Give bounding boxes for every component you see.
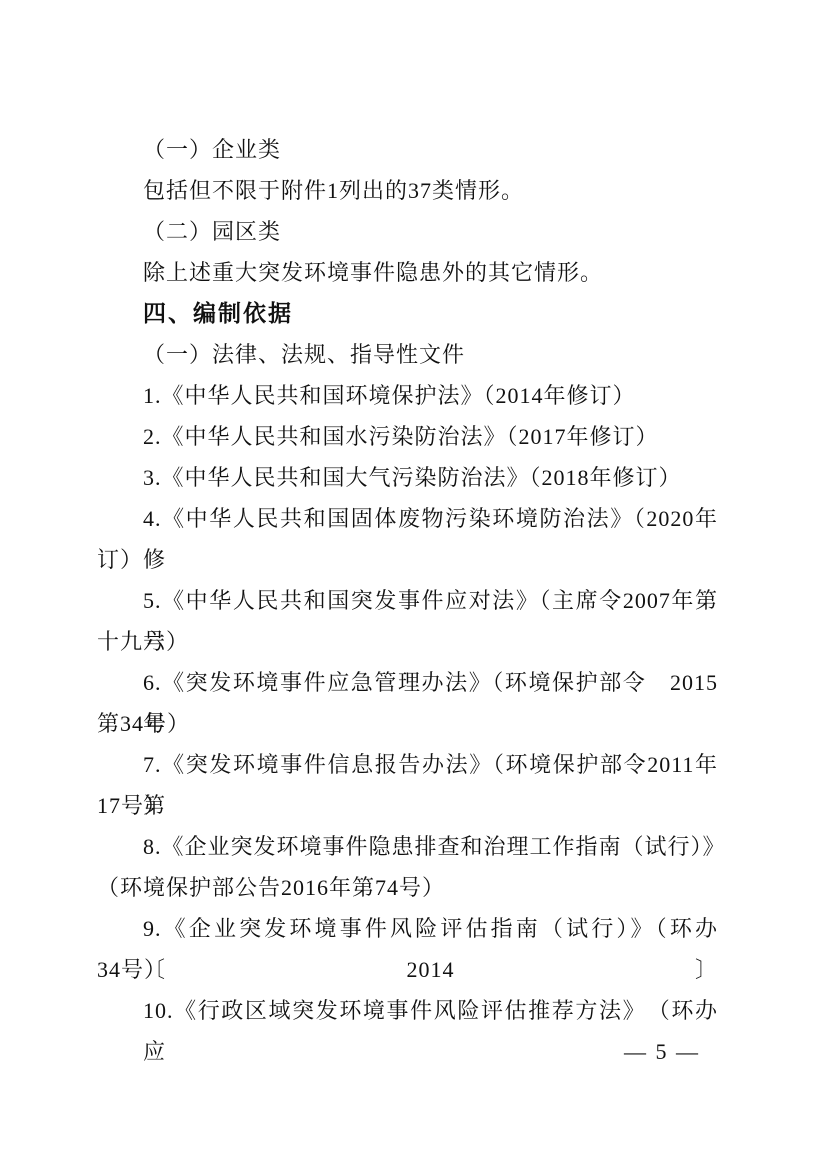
list-item-8-line-1: 8.《企业突发环境事件隐患排查和治理工作指南（试行）》	[97, 826, 718, 867]
list-item-9-line-1: 9.《企业突发环境事件风险评估指南（试行）》（环办〔2014〕	[97, 908, 718, 949]
list-item-3: 3.《中华人民共和国大气污染防治法》（2018年修订）	[97, 457, 718, 498]
paragraph-park-scope: 除上述重大突发环境事件隐患外的其它情形。	[97, 252, 718, 293]
list-item-5-line-1: 5.《中华人民共和国突发事件应对法》（主席令2007年第六	[97, 580, 718, 621]
list-item-10-line-1: 10.《行政区域突发环境事件风险评估推荐方法》 （环办应	[97, 990, 718, 1031]
list-item-5-line-2: 十九号）	[97, 621, 718, 662]
list-item-2: 2.《中华人民共和国水污染防治法》（2017年修订）	[97, 416, 718, 457]
subheading-park-category: （二）园区类	[97, 211, 718, 252]
list-item-6-line-1: 6.《突发环境事件应急管理办法》（环境保护部令 2015年	[97, 662, 718, 703]
list-item-7-line-1: 7.《突发环境事件信息报告办法》（环境保护部令2011年第	[97, 744, 718, 785]
list-item-6-line-2: 第34号）	[97, 703, 718, 744]
subheading-enterprise-category: （一）企业类	[97, 129, 718, 170]
list-item-1: 1.《中华人民共和国环境保护法》（2014年修订）	[97, 375, 718, 416]
document-page: （一）企业类 包括但不限于附件1列出的37类情形。 （二）园区类 除上述重大突发…	[0, 0, 826, 1169]
list-item-8-line-2: （环境保护部公告2016年第74号）	[97, 867, 718, 908]
list-item-7-line-2: 17号）	[97, 785, 718, 826]
paragraph-enterprise-scope: 包括但不限于附件1列出的37类情形。	[97, 170, 718, 211]
text-block: （一）企业类 包括但不限于附件1列出的37类情形。 （二）园区类 除上述重大突发…	[97, 129, 718, 1072]
list-item-4-line-1: 4.《中华人民共和国固体废物污染环境防治法》（2020年修	[97, 498, 718, 539]
page-number: — 5 —	[97, 1031, 718, 1072]
section-heading-compilation-basis: 四、编制依据	[97, 293, 718, 334]
list-item-4-line-2: 订）	[97, 539, 718, 580]
subheading-laws-regulations: （一）法律、法规、指导性文件	[97, 334, 718, 375]
